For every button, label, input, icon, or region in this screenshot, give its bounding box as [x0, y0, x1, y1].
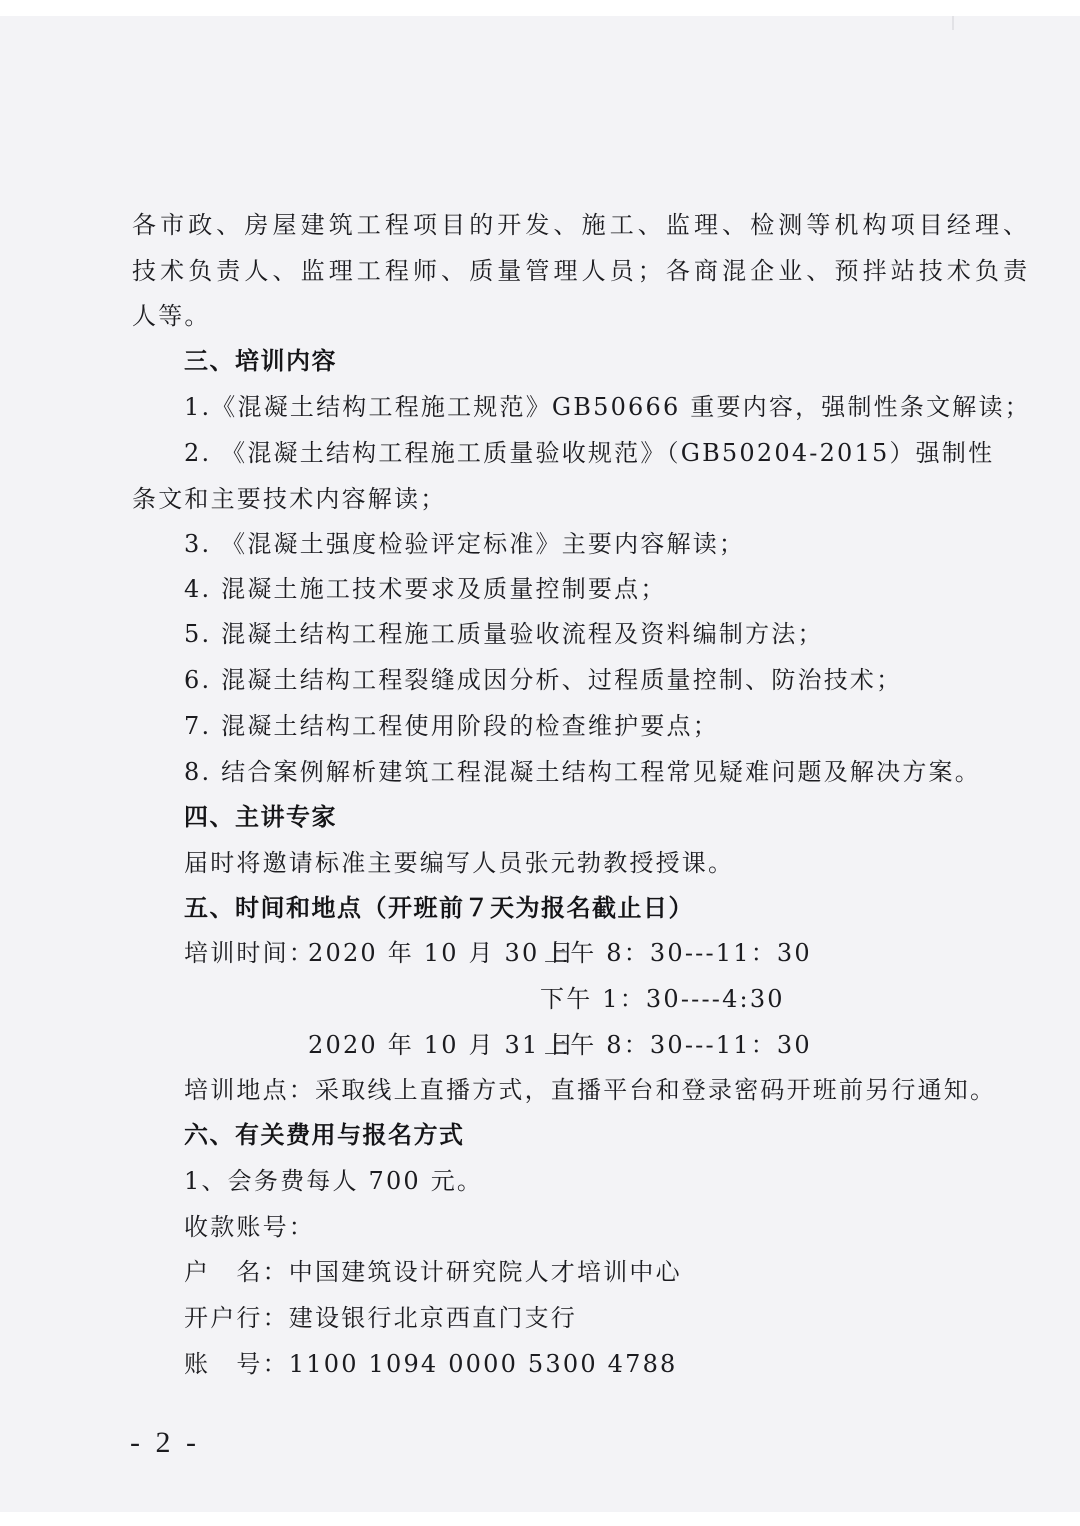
fee-text: 1、会务费每人 700 元。 — [184, 1166, 483, 1196]
training-day1-date: 2020 年 10 月 30 日 — [308, 938, 576, 968]
account-number: 账 号：1100 1094 0000 5300 4788 — [184, 1349, 678, 1379]
section-6-heading: 六、有关费用与报名方式 — [184, 1120, 465, 1150]
section-3-item-4: 4. 混凝土施工技术要求及质量控制要点； — [184, 574, 667, 604]
intro-line-2: 技术负责人、监理工程师、质量管理人员；各商混企业、预拌站技术负责 — [132, 256, 1031, 286]
section-3-item-6: 6. 混凝土结构工程裂缝成因分析、过程质量控制、防治技术； — [184, 665, 902, 695]
section-4-body: 届时将邀请标准主要编写人员张元勃教授授课。 — [184, 848, 734, 878]
training-day1-am: 上午 8：30---11：30 — [544, 938, 812, 968]
training-day1-pm: 下午 1：30----4:30 — [540, 984, 785, 1014]
account-label: 收款账号： — [184, 1212, 315, 1242]
intro-line-1: 各市政、房屋建筑工程项目的开发、施工、监理、检测等机构项目经理、 — [132, 210, 1031, 240]
training-day2-date: 2020 年 10 月 31 日 — [308, 1030, 576, 1060]
section-3-item-2-cont: 条文和主要技术内容解读； — [132, 484, 446, 514]
scan-edge-mark — [952, 16, 954, 30]
section-3-item-5: 5. 混凝土结构工程施工质量验收流程及资料编制方法； — [184, 619, 824, 649]
document-page: 各市政、房屋建筑工程项目的开发、施工、监理、检测等机构项目经理、 技术负责人、监… — [0, 16, 1080, 1512]
page-number: - 2 - — [130, 1426, 200, 1460]
training-day2-am: 上午 8：30---11：30 — [544, 1030, 812, 1060]
section-3-item-3: 3. 《混凝土强度检验评定标准》主要内容解读； — [184, 529, 745, 559]
bank-name: 开户行：建设银行北京西直门支行 — [184, 1303, 577, 1333]
section-5-heading: 五、时间和地点（开班前７天为报名截止日） — [184, 893, 694, 923]
account-name: 户 名：中国建筑设计研究院人才培训中心 — [184, 1257, 682, 1287]
intro-line-3: 人等。 — [132, 301, 211, 331]
section-3-heading: 三、培训内容 — [184, 346, 337, 376]
section-3-item-2: 2. 《混凝土结构工程施工质量验收规范》（GB50204-2015）强制性 — [184, 438, 994, 468]
section-3-item-8: 8. 结合案例解析建筑工程混凝土结构工程常见疑难问题及解决方案。 — [184, 757, 981, 787]
section-3-item-7: 7. 混凝土结构工程使用阶段的检查维护要点； — [184, 711, 719, 741]
section-4-heading: 四、主讲专家 — [184, 802, 337, 832]
training-time-label: 培训时间： — [184, 938, 315, 968]
training-location: 培训地点：采取线上直播方式，直播平台和登录密码开班前另行通知。 — [184, 1075, 996, 1105]
section-3-item-1: 1.《混凝土结构工程施工规范》GB50666 重要内容，强制性条文解读； — [184, 392, 1031, 422]
